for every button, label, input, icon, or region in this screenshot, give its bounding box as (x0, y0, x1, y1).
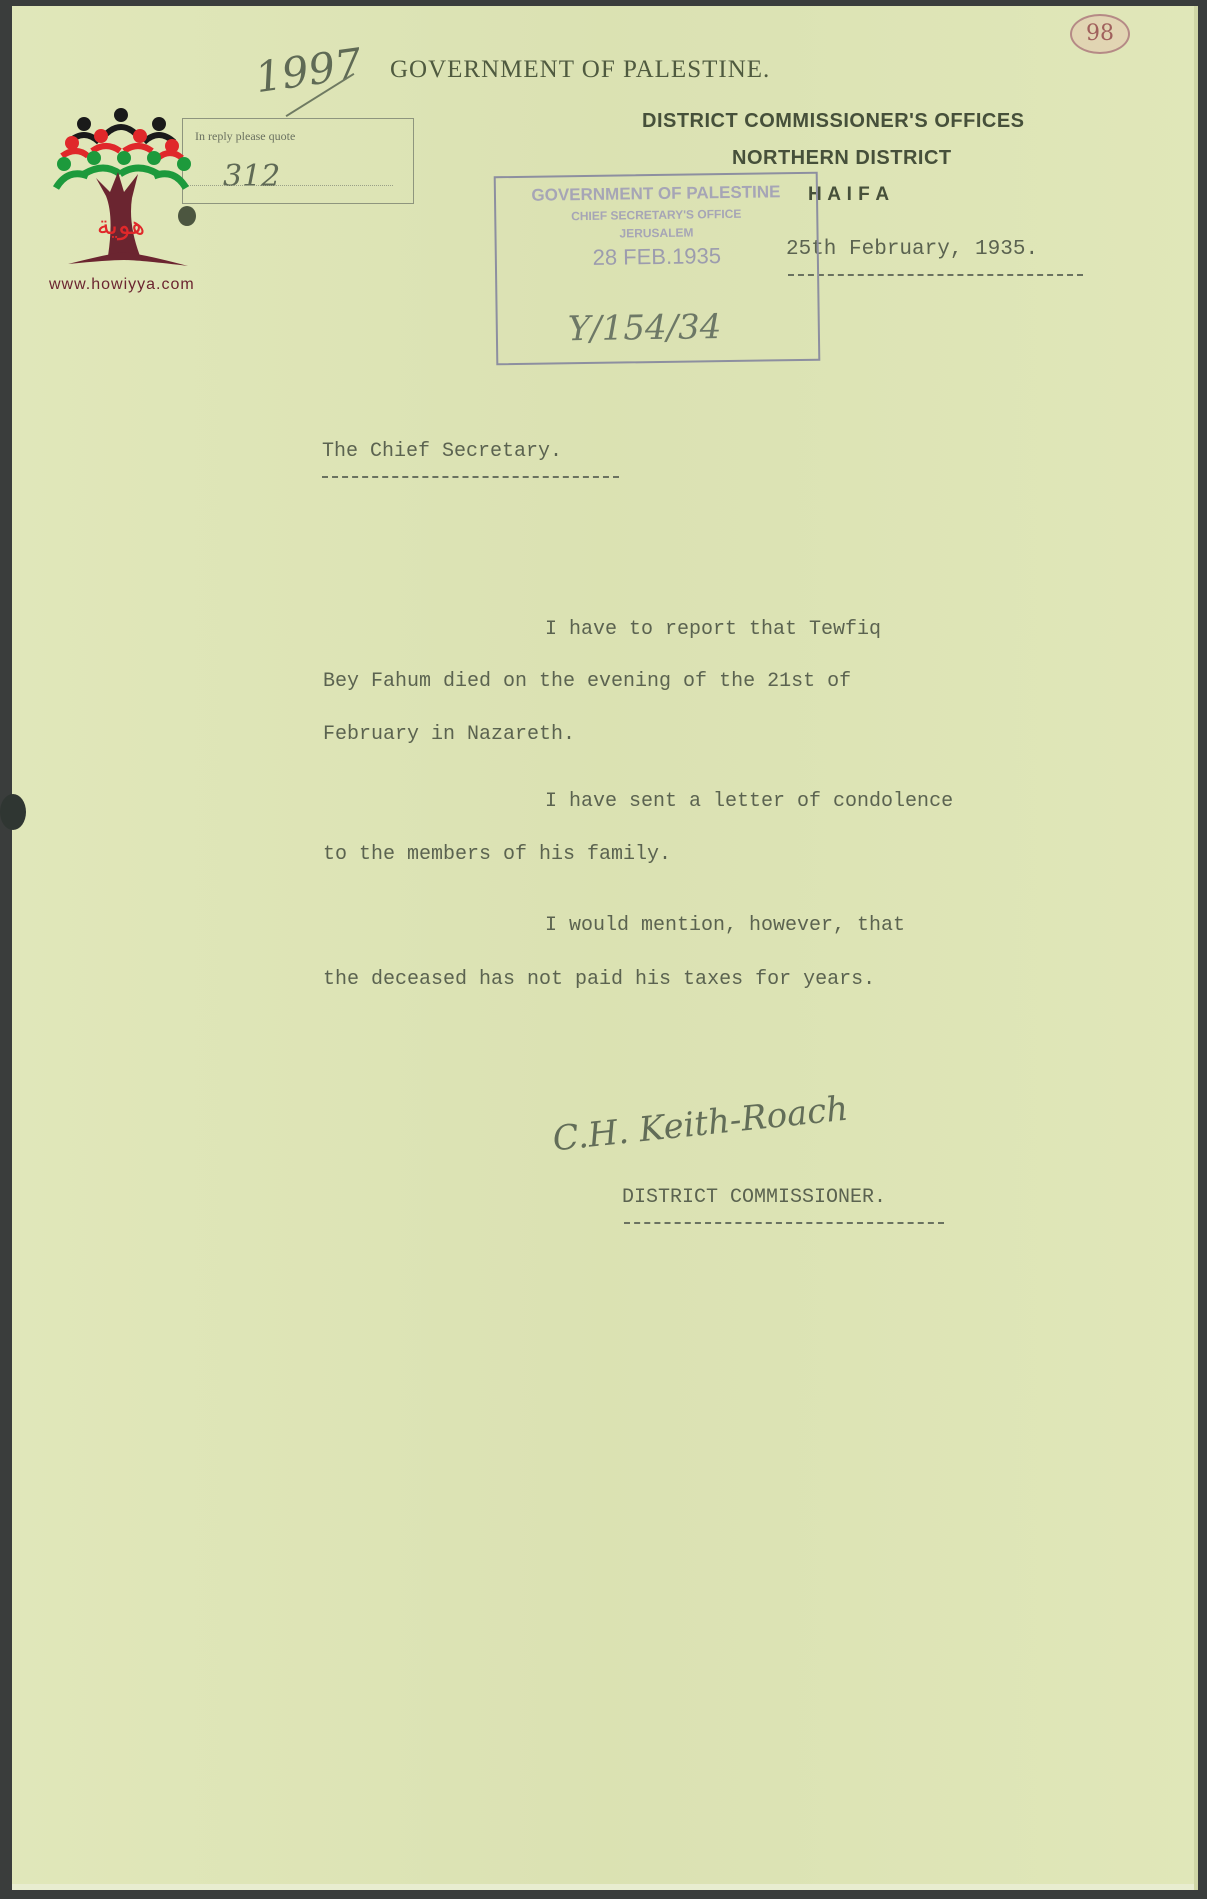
file-number-handwritten: 1997 (252, 39, 365, 102)
letterhead-district: NORTHERN DISTRICT (732, 147, 952, 170)
signature: C.H. Keith-Roach (551, 1089, 850, 1160)
addressee-underline (322, 476, 619, 478)
received-stamp: GOVERNMENT OF PALESTINE CHIEF SECRETARY'… (494, 172, 821, 366)
document-page: 1997 GOVERNMENT OF PALESTINE. DISTRICT C… (12, 6, 1198, 1890)
date-underline (788, 274, 1083, 276)
paragraph-3-first-line: I would mention, however, that (545, 914, 905, 937)
paragraph-3-line: the deceased has not paid his taxes for … (323, 968, 875, 991)
reply-number: 312 (223, 159, 280, 194)
folio-number: 98 (1070, 14, 1130, 54)
logo-arabic-text: هوية (97, 211, 145, 241)
paragraph-1-first-line: I have to report that Tewfiq (545, 618, 881, 641)
watermark-url: www.howiyya.com (49, 276, 195, 294)
stamp-date: 28 FEB.1935 (497, 242, 817, 272)
paragraph-1-line: February in Nazareth. (323, 723, 575, 746)
signatory-title: DISTRICT COMMISSIONER. (622, 1186, 886, 1209)
stamp-reference: Y/154/34 (568, 307, 722, 349)
punch-hole (0, 794, 26, 830)
letterhead-government: GOVERNMENT OF PALESTINE. (390, 56, 770, 84)
paragraph-1-line: Bey Fahum died on the evening of the 21s… (323, 670, 851, 693)
paragraph-2-first-line: I have sent a letter of condolence (545, 790, 953, 813)
howiyya-tree-logo-icon: هوية (48, 106, 218, 276)
letterhead-city: H A I F A (808, 184, 890, 206)
stamp-office: CHIEF SECRETARY'S OFFICE (496, 206, 816, 224)
paragraph-2-line: to the members of his family. (323, 843, 671, 866)
addressee: The Chief Secretary. (322, 440, 562, 463)
letterhead-office: DISTRICT COMMISSIONER'S OFFICES (642, 110, 1025, 133)
stamp-city: JERUSALEM (496, 224, 816, 242)
stamp-government: GOVERNMENT OF PALESTINE (496, 182, 816, 206)
letter-date: 25th February, 1935. (786, 238, 1038, 261)
signatory-underline (624, 1222, 944, 1224)
